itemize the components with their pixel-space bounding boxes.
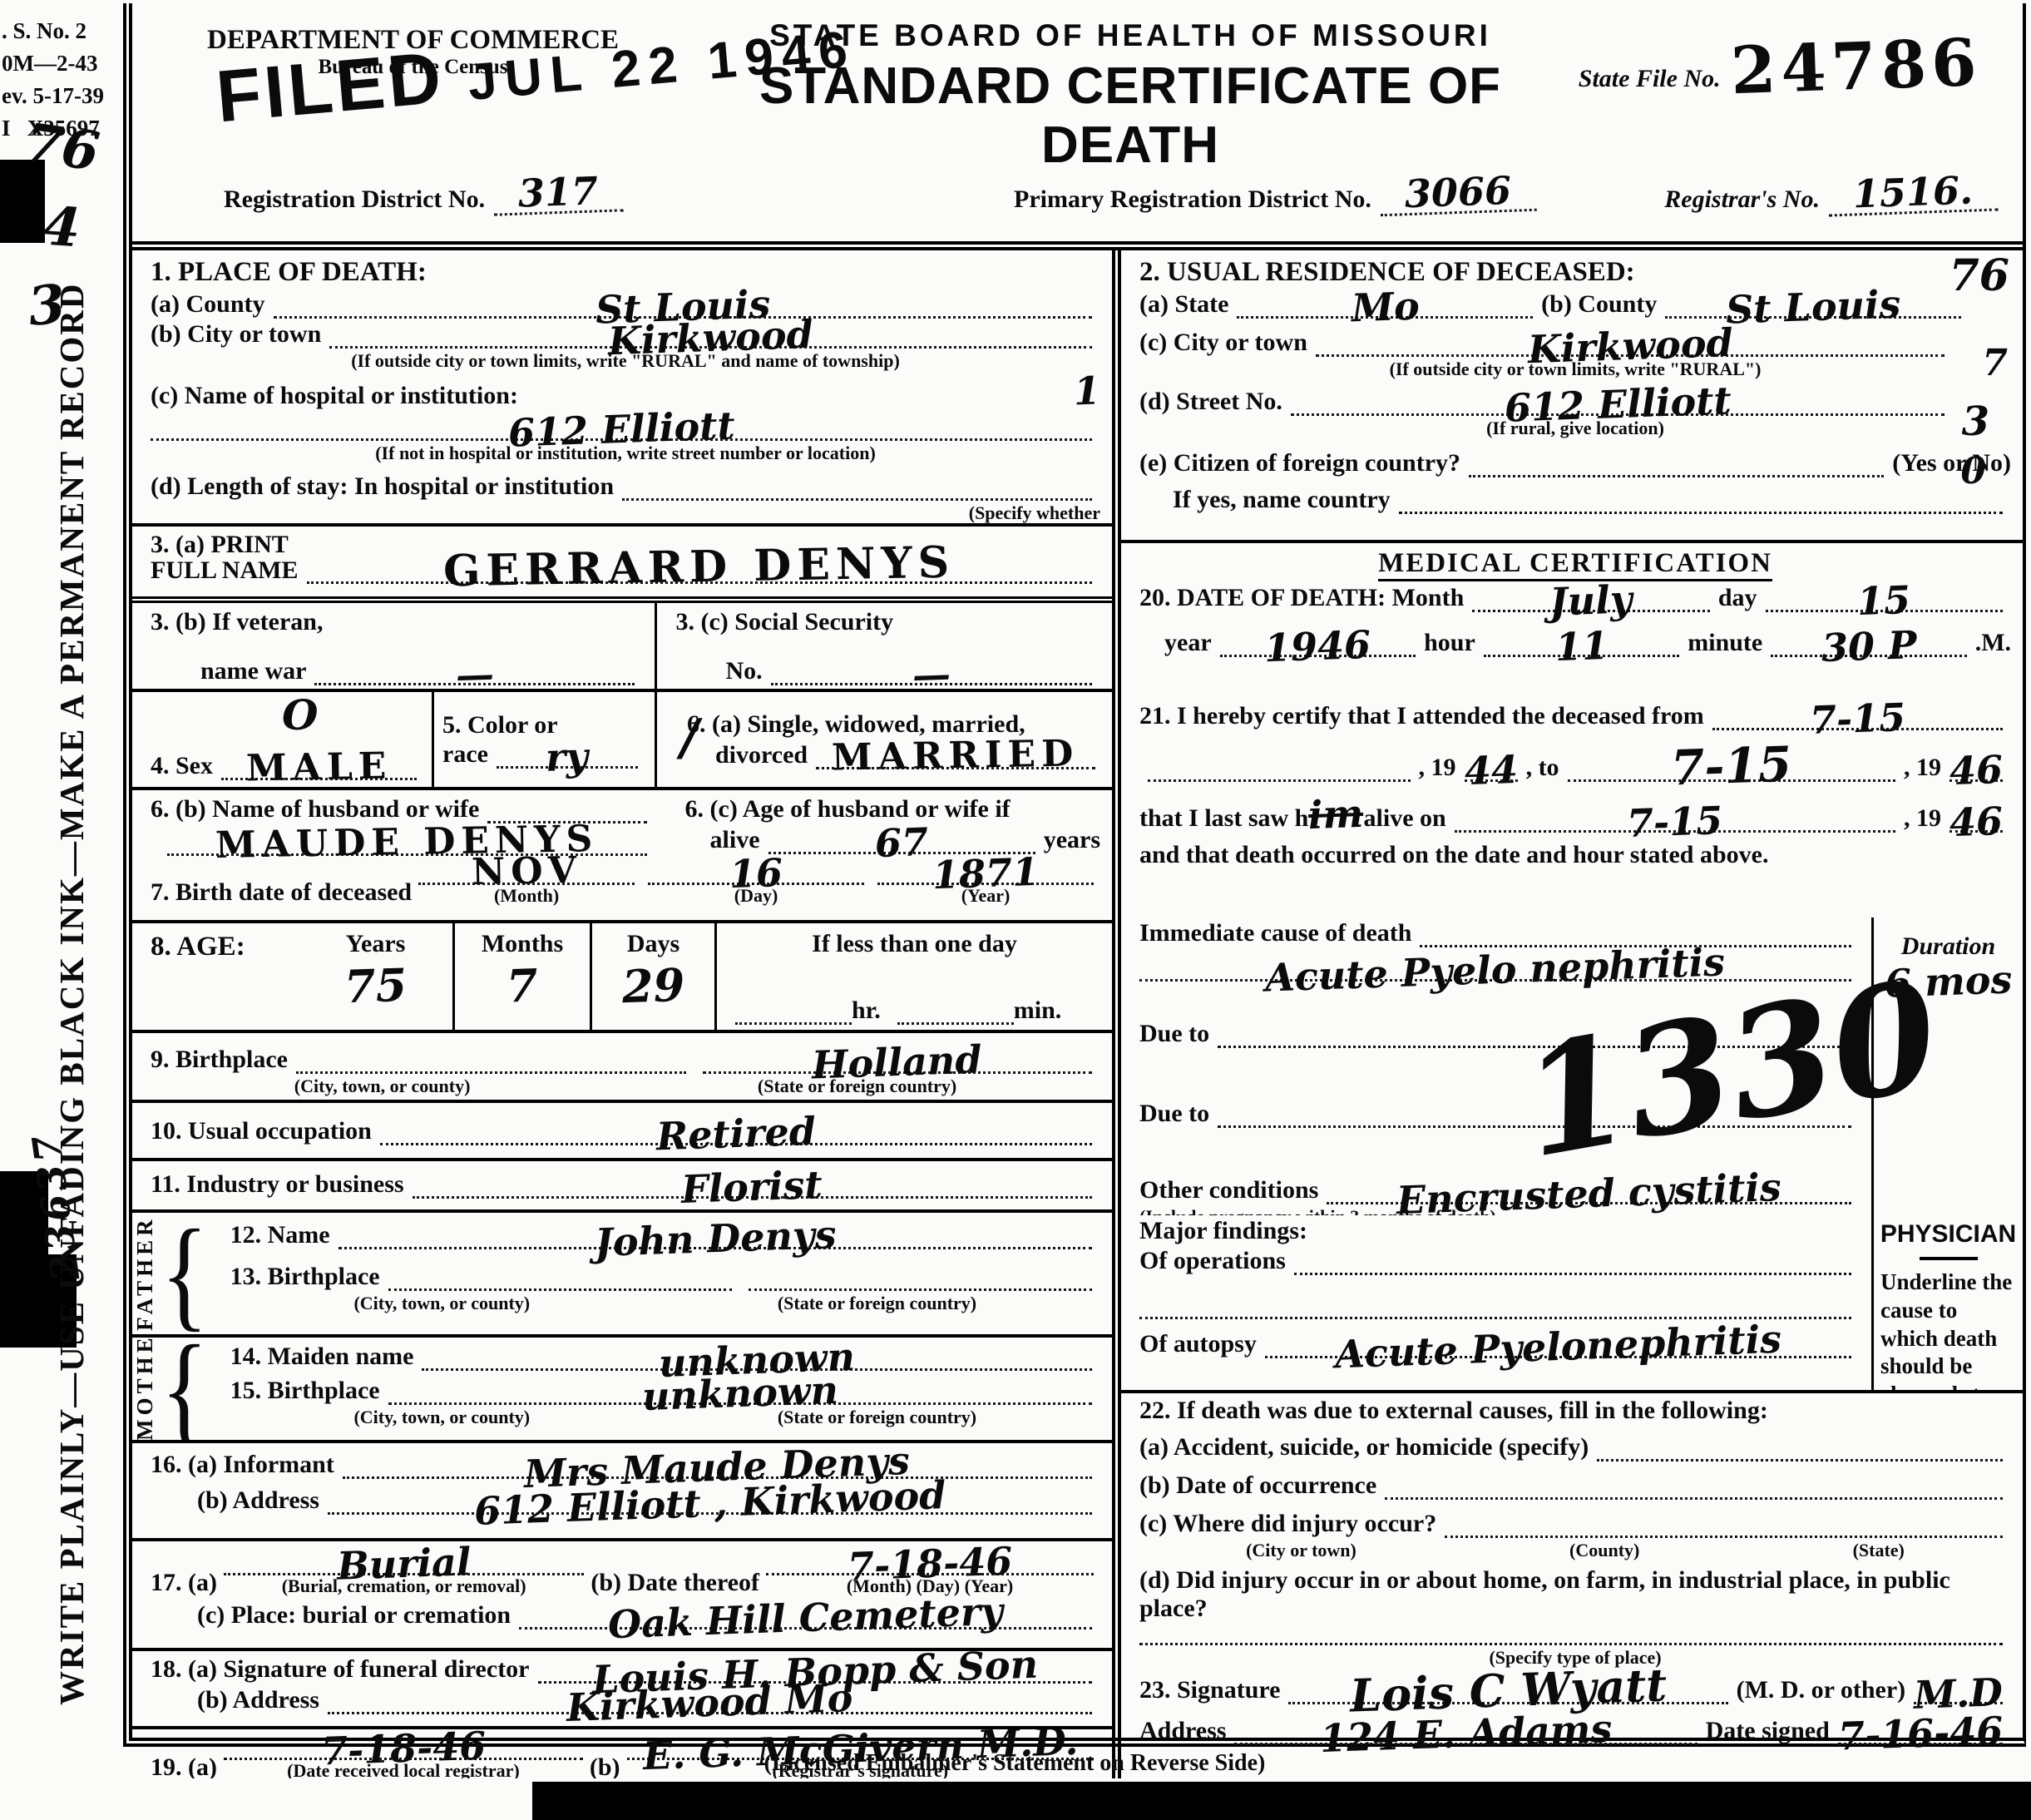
footer-note: (Licensed Embalmer's Statement on Revers… [349,1750,1680,1777]
residence-state-value: Mo [1351,289,1420,328]
father-side-label: FATHER [132,1213,161,1334]
death-hour-value: 11 [1554,628,1609,666]
disposal-type-value: Burial [336,1545,472,1585]
pencil-mark: 3 [1962,398,1989,445]
death-certificate-scan: . S. No. 20M—2-43ev. 5-17-39I X35697 76 … [0,0,2031,1820]
father-name-value: John Denys [594,1217,837,1262]
section-occupation: 10. Usual occupation Retired [132,1103,1112,1161]
birth-year-value: 1871 [931,854,1039,894]
age-years-value: 75 [343,964,408,1009]
left-column: 1. PLACE OF DEATH: (a) County St Louis (… [132,250,1112,1778]
section-place-of-death: 1. PLACE OF DEATH: (a) County St Louis (… [132,250,1112,527]
funeral-director-address-value: Kirkwood Mo [566,1680,854,1727]
immediate-cause-value: Acute Pyelo nephritis [1265,944,1726,997]
section-sex-race-marital: O 4. Sex MALE 5. Color or race ry / 6. (… [132,692,1112,790]
death-year-value: 1946 [1264,626,1371,666]
last-saw-yr-value: 46 [1949,804,2004,842]
pen-mark: O [282,692,319,739]
pencil-mark: 0 [1960,450,1986,492]
md-value: M.D [1913,1674,2003,1714]
section-informant: 16. (a) Informant Mrs Maude Denys (b) Ad… [132,1443,1112,1541]
primary-registration-district: Primary Registration District No. 3066 [1014,175,1536,214]
mother-brace: { [161,1338,209,1444]
pencil-mark: 7 [1982,342,2008,384]
section-date-of-death: 20. DATE OF DEATH: Month July day 15 yea… [1121,581,2023,700]
attended-yr2-value: 46 [1949,752,2004,790]
certificate-form: DEPARTMENT OF COMMERCE Bureau of the Cen… [123,3,2026,1747]
race-value: ry [546,739,589,776]
autopsy-value: Acute Pyelonephritis [1334,1322,1781,1373]
registration-district-value: 317 [492,172,624,215]
section-attended: 21. I hereby certify that I attended the… [1121,700,2023,917]
place-hospital-mark: 1 [1073,373,1101,411]
occupation-value: Retired [655,1114,816,1155]
birthplace-value: Holland [812,1041,983,1084]
veteran-value: — [455,656,494,692]
residence-street-value: 612 Elliott [1504,383,1732,428]
page-title: STANDARD CERTIFICATE OF DEATH [714,57,1546,175]
full-name-value: GERRARD DENYS [443,542,956,592]
registration-district: Registration District No. 317 [224,175,623,214]
left-margin: . S. No. 20M—2-43ev. 5-17-39I X35697 76 … [0,0,123,1820]
mother-birthplace-value: unknown [641,1372,838,1416]
pencil-mark: 76 [1949,250,2009,301]
spouse-age-value: 67 [874,824,929,863]
form-header: DEPARTMENT OF COMMERCE Bureau of the Cen… [132,3,2023,250]
section-funeral-director: 18. (a) Signature of funeral director Lo… [132,1651,1112,1729]
section-spouse-birthdate: 6. (b) Name of husband or wife MAUDE DEN… [132,790,1112,923]
section-birthplace: 9. Birthplace Holland (City, town, or co… [132,1033,1112,1103]
attended-from-value: 7-15 [1809,700,1906,739]
marital-value: MARRIED [832,736,1080,775]
mother-side-label: MOTHER [132,1338,161,1441]
title-block: STATE BOARD OF HEALTH OF MISSOURI STANDA… [714,18,1546,175]
pen-mark: / [680,709,699,767]
attended-to-value: 7-15 [1670,741,1792,791]
place-hospital-value: 612 Elliott [507,408,735,452]
disposal-date-value: 7-18-46 [847,1544,1013,1586]
residence-city-value: Kirkwood [1527,324,1733,368]
industry-value: Florist [681,1167,823,1209]
ssn-value: — [912,656,951,692]
section-veteran-ssn: 3. (b) If veteran, name war — 3. (c) Soc… [132,603,1112,693]
registrar-no-value: 1516. [1827,171,1999,216]
disposal-place-value: Oak Hill Cemetery [607,1594,1003,1644]
section-father: FATHER { 12. Name John Denys 13. Birthpl… [132,1213,1112,1338]
last-saw-date-value: 7-15 [1627,803,1724,843]
section-age: 8. AGE: Years75 Months7 Days29 If less t… [132,923,1112,1033]
father-brace: { [161,1217,209,1329]
occurred-statement: and that death occurred on the date and … [1139,841,1768,869]
death-day-value: 15 [1857,582,1912,621]
medical-certification-heading: MEDICAL CERTIFICATION [1121,543,2023,581]
sex-value: MALE [245,749,392,786]
board-title: STATE BOARD OF HEALTH OF MISSOURI [714,18,1546,53]
registrar-no: Registrar's No. 1516. [1664,175,1998,214]
section-industry: 11. Industry or business Florist [132,1161,1112,1213]
death-month-value: July [1549,581,1633,621]
primary-district-value: 3066 [1379,172,1537,216]
state-file-no: State File No. 24786 [1579,37,1998,93]
section-mother: MOTHER { 14. Maiden name unknown 15. Bir… [132,1338,1112,1444]
death-minute-value: 30 P [1821,627,1917,667]
section-disposal: 17. (a) Burial(Burial, cremation, or rem… [132,1541,1112,1651]
physician-box: PHYSICIAN Underline the cause to which d… [1871,1215,2023,1390]
place-city-value: Kirkwood [608,316,814,359]
place-heading: 1. PLACE OF DEATH: [151,257,427,288]
margin-instruction-text: WRITE PLAINLY—USE UNFADING BLACK INK—MAK… [52,108,91,1705]
section-usual-residence: 76 7 3 0 2. USUAL RESIDENCE OF DECEASED:… [1121,250,2023,543]
age-months-value: 7 [506,964,538,1008]
state-file-value: 24786 [1729,32,1982,103]
attended-yr1-value: 44 [1464,752,1519,790]
section-external-causes: 22. If death was due to external causes,… [1121,1393,2023,1668]
residence-county-value: St Louis [1725,286,1901,329]
section-major-findings: Major findings: Of operations Of autopsy… [1121,1215,2023,1393]
struck-him: im [1308,796,1365,834]
section-full-name: 3. (a) PRINTFULL NAME GERRARD DENYS [132,527,1112,603]
age-days-value: 29 [621,964,685,1009]
scan-black-bar [532,1782,2031,1820]
date-signed-value: 7-16-46 [1837,1714,2004,1756]
birth-month-value: NOV [471,853,582,890]
filed-word: FILED [213,36,447,138]
residence-heading: 2. USUAL RESIDENCE OF DECEASED: [1139,257,1635,288]
birth-day-value: 16 [729,855,783,893]
